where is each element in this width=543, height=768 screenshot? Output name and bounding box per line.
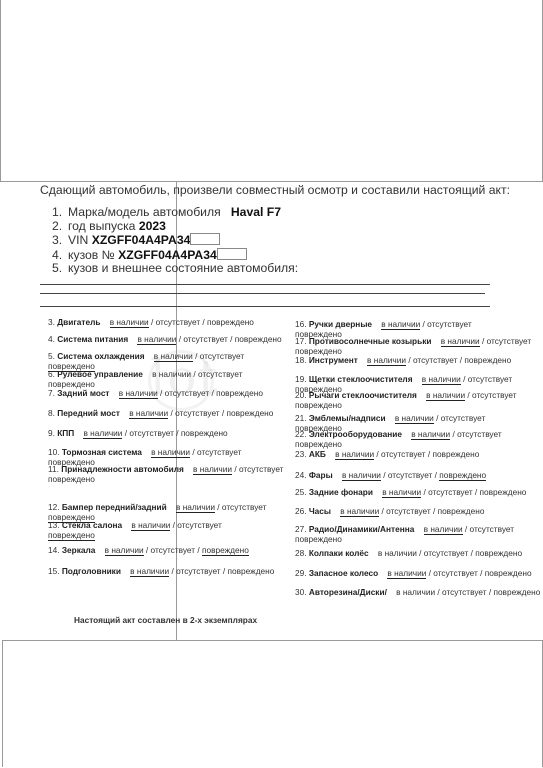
item-label: 6. Рулевое управление: [48, 369, 143, 379]
checklist-item: 28. Колпаки колёс в наличии / отсутствуе…: [295, 549, 522, 559]
option-present[interactable]: в наличии: [422, 374, 461, 385]
option-absent[interactable]: отсутствует: [428, 487, 473, 497]
option-damaged[interactable]: повреждено: [480, 487, 527, 497]
checklist-item: 22. Электрооборудование в наличии / отсу…: [295, 430, 502, 449]
scan-bottom-blank-region: [2, 640, 543, 767]
item-label: 14. Зеркала: [48, 545, 95, 555]
option-damaged[interactable]: повреждено: [48, 530, 95, 541]
blank-line: [40, 293, 485, 294]
checklist-item: 17. Противосолнечные козырьки в наличии …: [295, 337, 531, 356]
option-present[interactable]: в наличии: [176, 502, 215, 513]
option-damaged[interactable]: повреждено: [235, 334, 282, 344]
option-absent[interactable]: отсутствует: [427, 319, 472, 329]
option-present[interactable]: в наличии: [154, 351, 193, 362]
option-damaged[interactable]: повреждено: [485, 568, 532, 578]
item-label: 27. Радио/Динамики/Антенна: [295, 524, 414, 534]
option-absent[interactable]: отсутствует: [381, 449, 426, 459]
checklist-item: 24. Фары в наличии / отсутствует / повре…: [295, 471, 486, 481]
option-present[interactable]: в наличии: [395, 413, 434, 424]
item-label: 22. Электрооборудование: [295, 429, 402, 439]
option-absent[interactable]: отсутствует: [468, 374, 513, 384]
option-damaged[interactable]: повреждено: [295, 400, 342, 410]
option-absent[interactable]: отсутствует: [239, 464, 284, 474]
option-damaged[interactable]: повреждено: [228, 566, 275, 576]
option-absent[interactable]: отсутствует: [386, 506, 431, 516]
item-label: 25. Задние фонари: [295, 487, 373, 497]
option-damaged[interactable]: повреждено: [207, 317, 254, 327]
footer-note: Настоящий акт составлен в 2-х экземпляра…: [74, 615, 257, 625]
option-present[interactable]: в наличии: [83, 428, 122, 439]
checklist-item: 4. Система питания в наличии / отсутству…: [48, 335, 282, 345]
option-damaged[interactable]: повреждено: [202, 545, 249, 556]
item-label: 24. Фары: [295, 470, 333, 480]
vehicle-year: 2023: [139, 219, 166, 233]
option-absent[interactable]: отсутствует: [151, 545, 196, 555]
item-label: 8. Передний мост: [48, 408, 120, 418]
checklist-item: 11. Принадлежности автомобиля в наличии …: [48, 465, 283, 484]
option-absent[interactable]: отсутствует: [197, 447, 242, 457]
option-damaged[interactable]: повреждено: [227, 408, 274, 418]
option-present[interactable]: в наличии: [426, 390, 465, 401]
vehicle-info: 1.Марка/модель автомобиля Haval F7 2.год…: [52, 206, 298, 276]
option-absent[interactable]: отсутствует: [433, 568, 478, 578]
item-label: 9. КПП: [48, 428, 74, 438]
option-absent[interactable]: отсутствует: [470, 524, 515, 534]
option-damaged[interactable]: повреждено: [48, 474, 95, 484]
option-present[interactable]: в наличии: [342, 470, 381, 481]
checklist-item: 30. Авторезина/Диски/ в наличии / отсутс…: [295, 588, 540, 598]
intro-text: Сдающий автомобиль, произвели совместный…: [40, 183, 510, 197]
option-absent[interactable]: отсутствует: [222, 502, 267, 512]
option-absent[interactable]: отсутствует: [176, 566, 221, 576]
option-present[interactable]: в наличии: [441, 336, 480, 347]
option-absent[interactable]: отсутствует: [129, 428, 174, 438]
checklist-item: 29. Запасное колесо в наличии / отсутств…: [295, 569, 532, 579]
option-present[interactable]: в наличии: [151, 447, 190, 458]
vehicle-year-row: 2.год выпуска 2023: [52, 220, 298, 234]
vehicle-model-row: 1.Марка/модель автомобиля Haval F7: [52, 206, 298, 220]
option-absent[interactable]: отсутствует: [442, 587, 487, 597]
option-absent[interactable]: отсутствует: [156, 317, 201, 327]
item-label: 7. Задний мост: [48, 388, 110, 398]
vehicle-vin-row: 3.VIN XZGFF04A4PA34: [52, 233, 298, 248]
option-absent[interactable]: отсутствует: [200, 351, 245, 361]
option-absent[interactable]: отсутствует: [183, 334, 228, 344]
checklist-item: 15. Подголовники в наличии / отсутствует…: [48, 567, 274, 577]
option-damaged[interactable]: повреждено: [439, 470, 486, 481]
option-present[interactable]: в наличии: [105, 545, 144, 556]
item-label: 3. Двигатель: [48, 317, 100, 327]
option-damaged[interactable]: повреждено: [475, 548, 522, 558]
vehicle-body-number: XZGFF04A4PA34: [118, 248, 217, 262]
option-present[interactable]: в наличии: [131, 520, 170, 531]
item-label: 13. Стёкла салона: [48, 520, 122, 530]
checklist-item: 25. Задние фонари в наличии / отсутствуе…: [295, 488, 526, 498]
option-present[interactable]: в наличии: [381, 319, 420, 330]
option-absent[interactable]: отсутствует: [165, 388, 210, 398]
option-damaged[interactable]: повреждено: [464, 355, 511, 365]
option-present[interactable]: в наличии: [152, 369, 191, 379]
option-present[interactable]: в наличии: [378, 548, 417, 558]
option-damaged[interactable]: повреждено: [438, 506, 485, 516]
blank-line: [40, 306, 490, 307]
option-absent[interactable]: отсутствует: [424, 548, 469, 558]
item-label: 16. Ручки дверные: [295, 319, 372, 329]
checklist-item: 18. Инструмент в наличии / отсутствует /…: [295, 356, 511, 366]
option-present[interactable]: в наличии: [129, 408, 168, 419]
vehicle-body-row: 4.кузов № XZGFF04A4PA34: [52, 248, 298, 263]
blank-line: [40, 284, 490, 285]
option-damaged[interactable]: повреждено: [493, 587, 540, 597]
item-label: 20. Рычаги стеклоочистителя: [295, 390, 417, 400]
item-label: 19. Щетки стеклоочистителя: [295, 374, 413, 384]
checklist-item: 7. Задний мост в наличии / отсутствует /…: [48, 389, 263, 399]
vehicle-condition-row: 5.кузов и внешнее состояние автомобиля:: [52, 262, 298, 276]
redacted-box: [190, 233, 220, 245]
item-label: 29. Запасное колесо: [295, 568, 378, 578]
vehicle-vin: XZGFF04A4PA34: [92, 233, 191, 247]
option-damaged[interactable]: повреждено: [216, 388, 263, 398]
option-present[interactable]: в наличии: [411, 429, 450, 440]
option-absent[interactable]: отсутствует: [457, 429, 502, 439]
option-present[interactable]: в наличии: [130, 566, 169, 577]
checklist-item: 20. Рычаги стеклоочистителя в наличии / …: [295, 391, 517, 410]
option-present[interactable]: в наличии: [193, 464, 232, 475]
item-label: 21. Эмблемы/надписи: [295, 413, 386, 423]
redacted-box: [217, 248, 247, 260]
option-present[interactable]: в наличии: [335, 449, 374, 460]
option-absent[interactable]: отсутствует: [388, 470, 433, 480]
item-label: 17. Противосолнечные козырьки: [295, 336, 431, 346]
item-label: 23. АКБ: [295, 449, 326, 459]
checklist-item: 26. Часы в наличии / отсутствует / повре…: [295, 507, 484, 517]
option-present[interactable]: в наличии: [387, 568, 426, 579]
checklist-right: 16. Ручки дверные в наличии / отсутствуе…: [295, 320, 540, 610]
item-label: 18. Инструмент: [295, 355, 358, 365]
option-present[interactable]: в наличии: [382, 487, 421, 498]
item-label: 10. Тормозная система: [48, 447, 142, 457]
checklist-item: 6. Рулевое управление в наличии / отсутс…: [48, 370, 243, 389]
option-absent[interactable]: отсутствует: [487, 336, 532, 346]
option-present[interactable]: в наличии: [396, 587, 435, 597]
option-absent[interactable]: отсутствует: [177, 520, 222, 530]
option-present[interactable]: в наличии: [367, 355, 406, 366]
checklist-item: 9. КПП в наличии / отсутствует / поврежд…: [48, 429, 228, 439]
option-absent[interactable]: отсутствует: [472, 390, 517, 400]
item-label: 15. Подголовники: [48, 566, 121, 576]
item-label: 28. Колпаки колёс: [295, 548, 369, 558]
option-absent[interactable]: отсутствует: [175, 408, 220, 418]
checklist-item: 13. Стёкла салона в наличии / отсутствуе…: [48, 521, 222, 540]
option-present[interactable]: в наличии: [110, 317, 149, 328]
checklist-item: 23. АКБ в наличии / отсутствует / повреж…: [295, 450, 479, 460]
option-damaged[interactable]: повреждено: [295, 439, 342, 449]
checklist-item: 3. Двигатель в наличии / отсутствует / п…: [48, 318, 254, 328]
checklist-left: 3. Двигатель в наличии / отсутствует / п…: [48, 318, 288, 618]
item-label: 11. Принадлежности автомобиля: [48, 464, 184, 474]
option-present[interactable]: в наличии: [137, 334, 176, 345]
option-present[interactable]: в наличии: [340, 506, 379, 517]
item-label: 4. Система питания: [48, 334, 128, 344]
option-damaged[interactable]: повреждено: [295, 534, 342, 544]
item-label: 30. Авторезина/Диски/: [295, 587, 387, 597]
option-absent[interactable]: отсутствует: [198, 369, 243, 379]
option-absent[interactable]: отсутствует: [441, 413, 486, 423]
item-label: 5. Система охлаждения: [48, 351, 145, 361]
vehicle-model: Haval F7: [231, 205, 281, 219]
option-damaged[interactable]: повреждено: [432, 449, 479, 459]
item-label: 12. Бампер передний/задний: [48, 502, 167, 512]
scan-top-blank-region: [0, 0, 543, 182]
option-absent[interactable]: отсутствует: [413, 355, 458, 365]
option-present[interactable]: в наличии: [119, 388, 158, 399]
checklist-item: 27. Радио/Динамики/Антенна в наличии / о…: [295, 525, 514, 544]
option-present[interactable]: в наличии: [424, 524, 463, 535]
option-damaged[interactable]: повреждено: [181, 428, 228, 438]
checklist-item: 8. Передний мост в наличии / отсутствует…: [48, 409, 273, 419]
checklist-item: 14. Зеркала в наличии / отсутствует / по…: [48, 546, 249, 556]
item-label: 26. Часы: [295, 506, 331, 516]
